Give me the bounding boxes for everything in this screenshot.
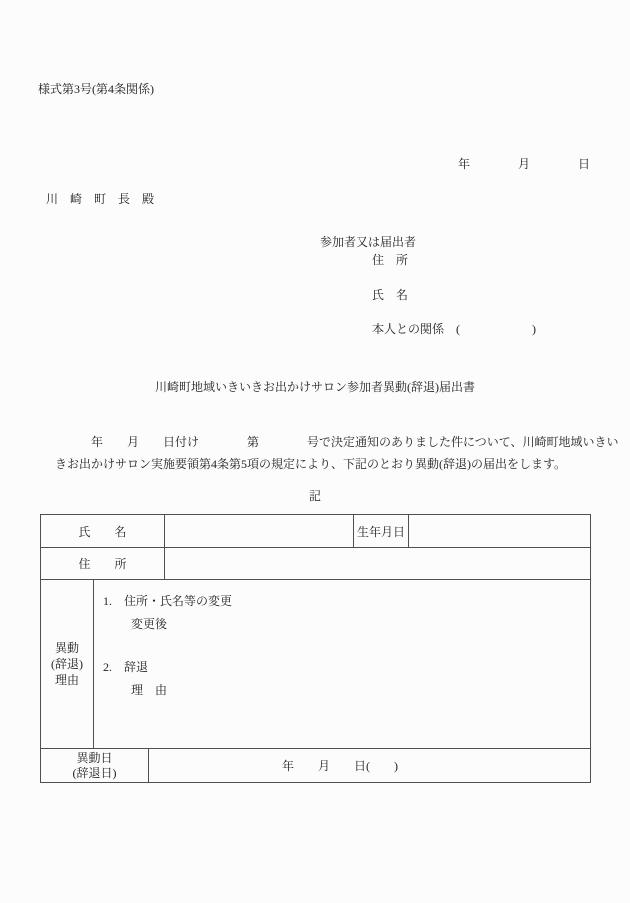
birthdate-input-cell — [409, 515, 590, 547]
change-date-label-cell: 異動日 (辞退日) — [41, 749, 149, 782]
notification-table: 氏 名 生年月日 住 所 異動 (辞退) 理由 1. 住所・氏名等の変更 変更後… — [40, 514, 591, 783]
address-label-cell: 住 所 — [41, 548, 165, 579]
table-row-name: 氏 名 生年月日 — [41, 515, 590, 548]
table-row-change-date: 異動日 (辞退日) 年 月 日( ) — [41, 749, 590, 782]
reason-label-line: (辞退) — [51, 656, 83, 672]
birthdate-label-cell: 生年月日 — [354, 515, 409, 547]
table-row-reason: 異動 (辞退) 理由 1. 住所・氏名等の変更 変更後 2. 辞退 理 由 — [41, 580, 590, 749]
change-date-label-line: 異動日 — [76, 751, 112, 766]
change-date-label-line: (辞退日) — [73, 766, 117, 781]
form-number: 様式第3号(第4条関係) — [38, 80, 154, 97]
reason-label-line: 理由 — [55, 672, 79, 688]
reason-label-cell: 異動 (辞退) 理由 — [41, 580, 94, 748]
declarant-address-label: 住 所 — [372, 251, 408, 268]
reason-label-line: 異動 — [55, 640, 79, 656]
reason-option-1: 1. 住所・氏名等の変更 — [103, 592, 232, 609]
reason-body-cell: 1. 住所・氏名等の変更 変更後 2. 辞退 理 由 — [94, 580, 590, 748]
body-paragraph: 年 月 日付け 第 号で決定通知のありました件について、川崎町地域いきい きお出… — [55, 431, 619, 475]
change-date-value-cell: 年 月 日( ) — [149, 749, 590, 782]
body-line-1: 年 月 日付け 第 号で決定通知のありました件について、川崎町地域いきい — [55, 431, 619, 453]
reason-option-1-sub: 変更後 — [131, 615, 167, 632]
declarant-relation-label: 本人との関係 ( ) — [372, 320, 536, 337]
reason-option-2: 2. 辞退 — [103, 658, 148, 675]
address-input-cell — [165, 548, 590, 579]
record-marker: 記 — [0, 487, 630, 504]
form-title: 川崎町地域いきいきお出かけサロン参加者異動(辞退)届出書 — [0, 378, 630, 395]
declarant-name-label: 氏 名 — [372, 286, 408, 303]
body-line-2: きお出かけサロン実施要領第4条第5項の規定により、下記のとおり異動(辞退)の届出… — [55, 453, 619, 475]
addressee: 川 崎 町 長 殿 — [46, 190, 154, 207]
declarant-heading: 参加者又は届出者 — [320, 233, 416, 250]
reason-option-2-sub: 理 由 — [131, 681, 167, 698]
date-line: 年 月 日 — [0, 155, 590, 172]
name-input-cell — [165, 515, 354, 547]
table-row-address: 住 所 — [41, 548, 590, 580]
name-label-cell: 氏 名 — [41, 515, 165, 547]
